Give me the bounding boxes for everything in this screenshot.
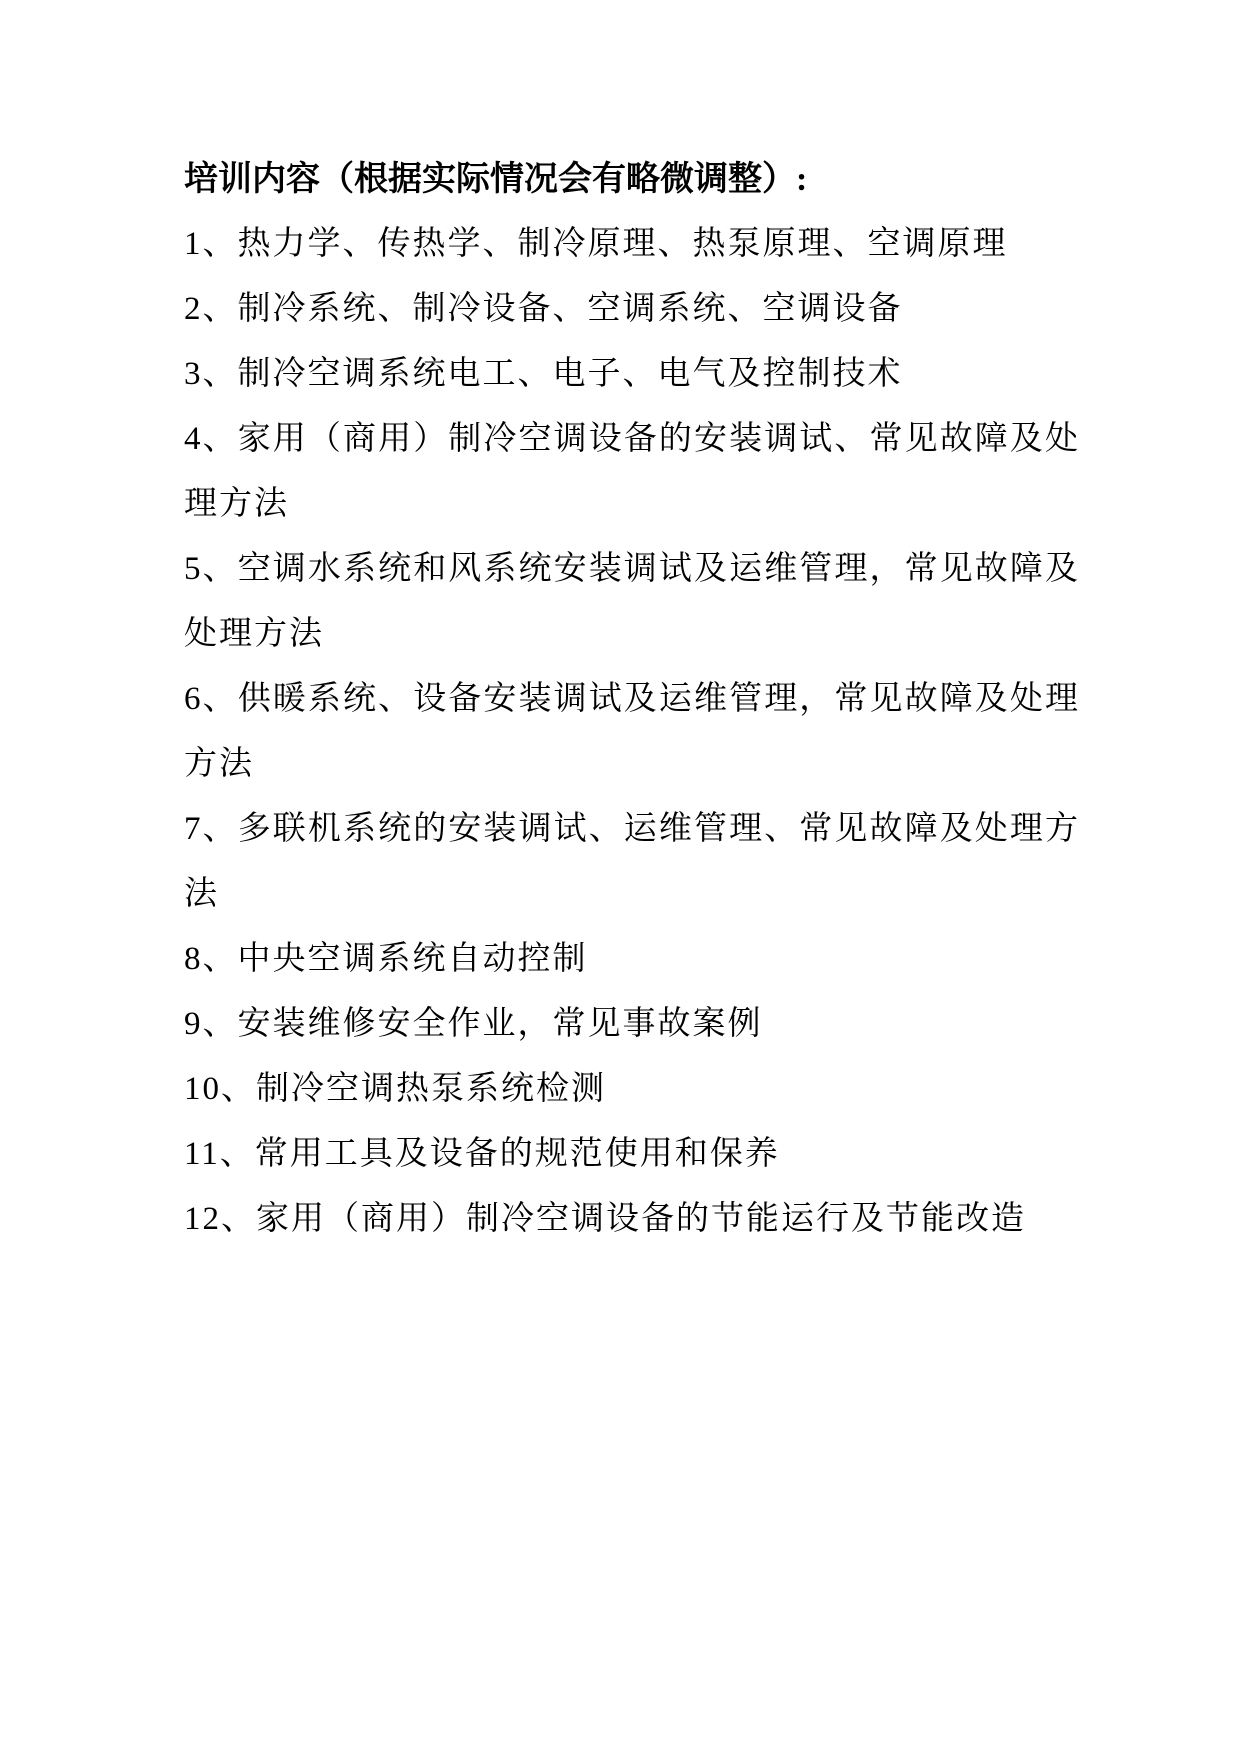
training-item-8: 8、中央空调系统自动控制 — [184, 927, 1080, 992]
training-item-2: 2、制冷系统、制冷设备、空调系统、空调设备 — [184, 277, 1080, 342]
document-title: 培训内容（根据实际情况会有略微调整）: — [184, 147, 1080, 212]
document-content: 培训内容（根据实际情况会有略微调整）: 1、热力学、传热学、制冷原理、热泵原理、… — [184, 147, 1080, 1252]
training-item-6: 6、供暖系统、设备安装调试及运维管理，常见故障及处理方法 — [184, 667, 1080, 797]
training-item-3: 3、制冷空调系统电工、电子、电气及控制技术 — [184, 342, 1080, 407]
training-item-11: 11、常用工具及设备的规范使用和保养 — [184, 1122, 1080, 1187]
training-item-1: 1、热力学、传热学、制冷原理、热泵原理、空调原理 — [184, 212, 1080, 277]
document-page: 培训内容（根据实际情况会有略微调整）: 1、热力学、传热学、制冷原理、热泵原理、… — [0, 0, 1240, 1753]
training-item-10: 10、制冷空调热泵系统检测 — [184, 1057, 1080, 1122]
training-item-5: 5、空调水系统和风系统安装调试及运维管理，常见故障及处理方法 — [184, 537, 1080, 667]
training-item-7: 7、多联机系统的安装调试、运维管理、常见故障及处理方法 — [184, 797, 1080, 927]
training-item-4: 4、家用（商用）制冷空调设备的安装调试、常见故障及处理方法 — [184, 407, 1080, 537]
training-item-12: 12、家用（商用）制冷空调设备的节能运行及节能改造 — [184, 1187, 1080, 1252]
training-item-9: 9、安装维修安全作业，常见事故案例 — [184, 992, 1080, 1057]
